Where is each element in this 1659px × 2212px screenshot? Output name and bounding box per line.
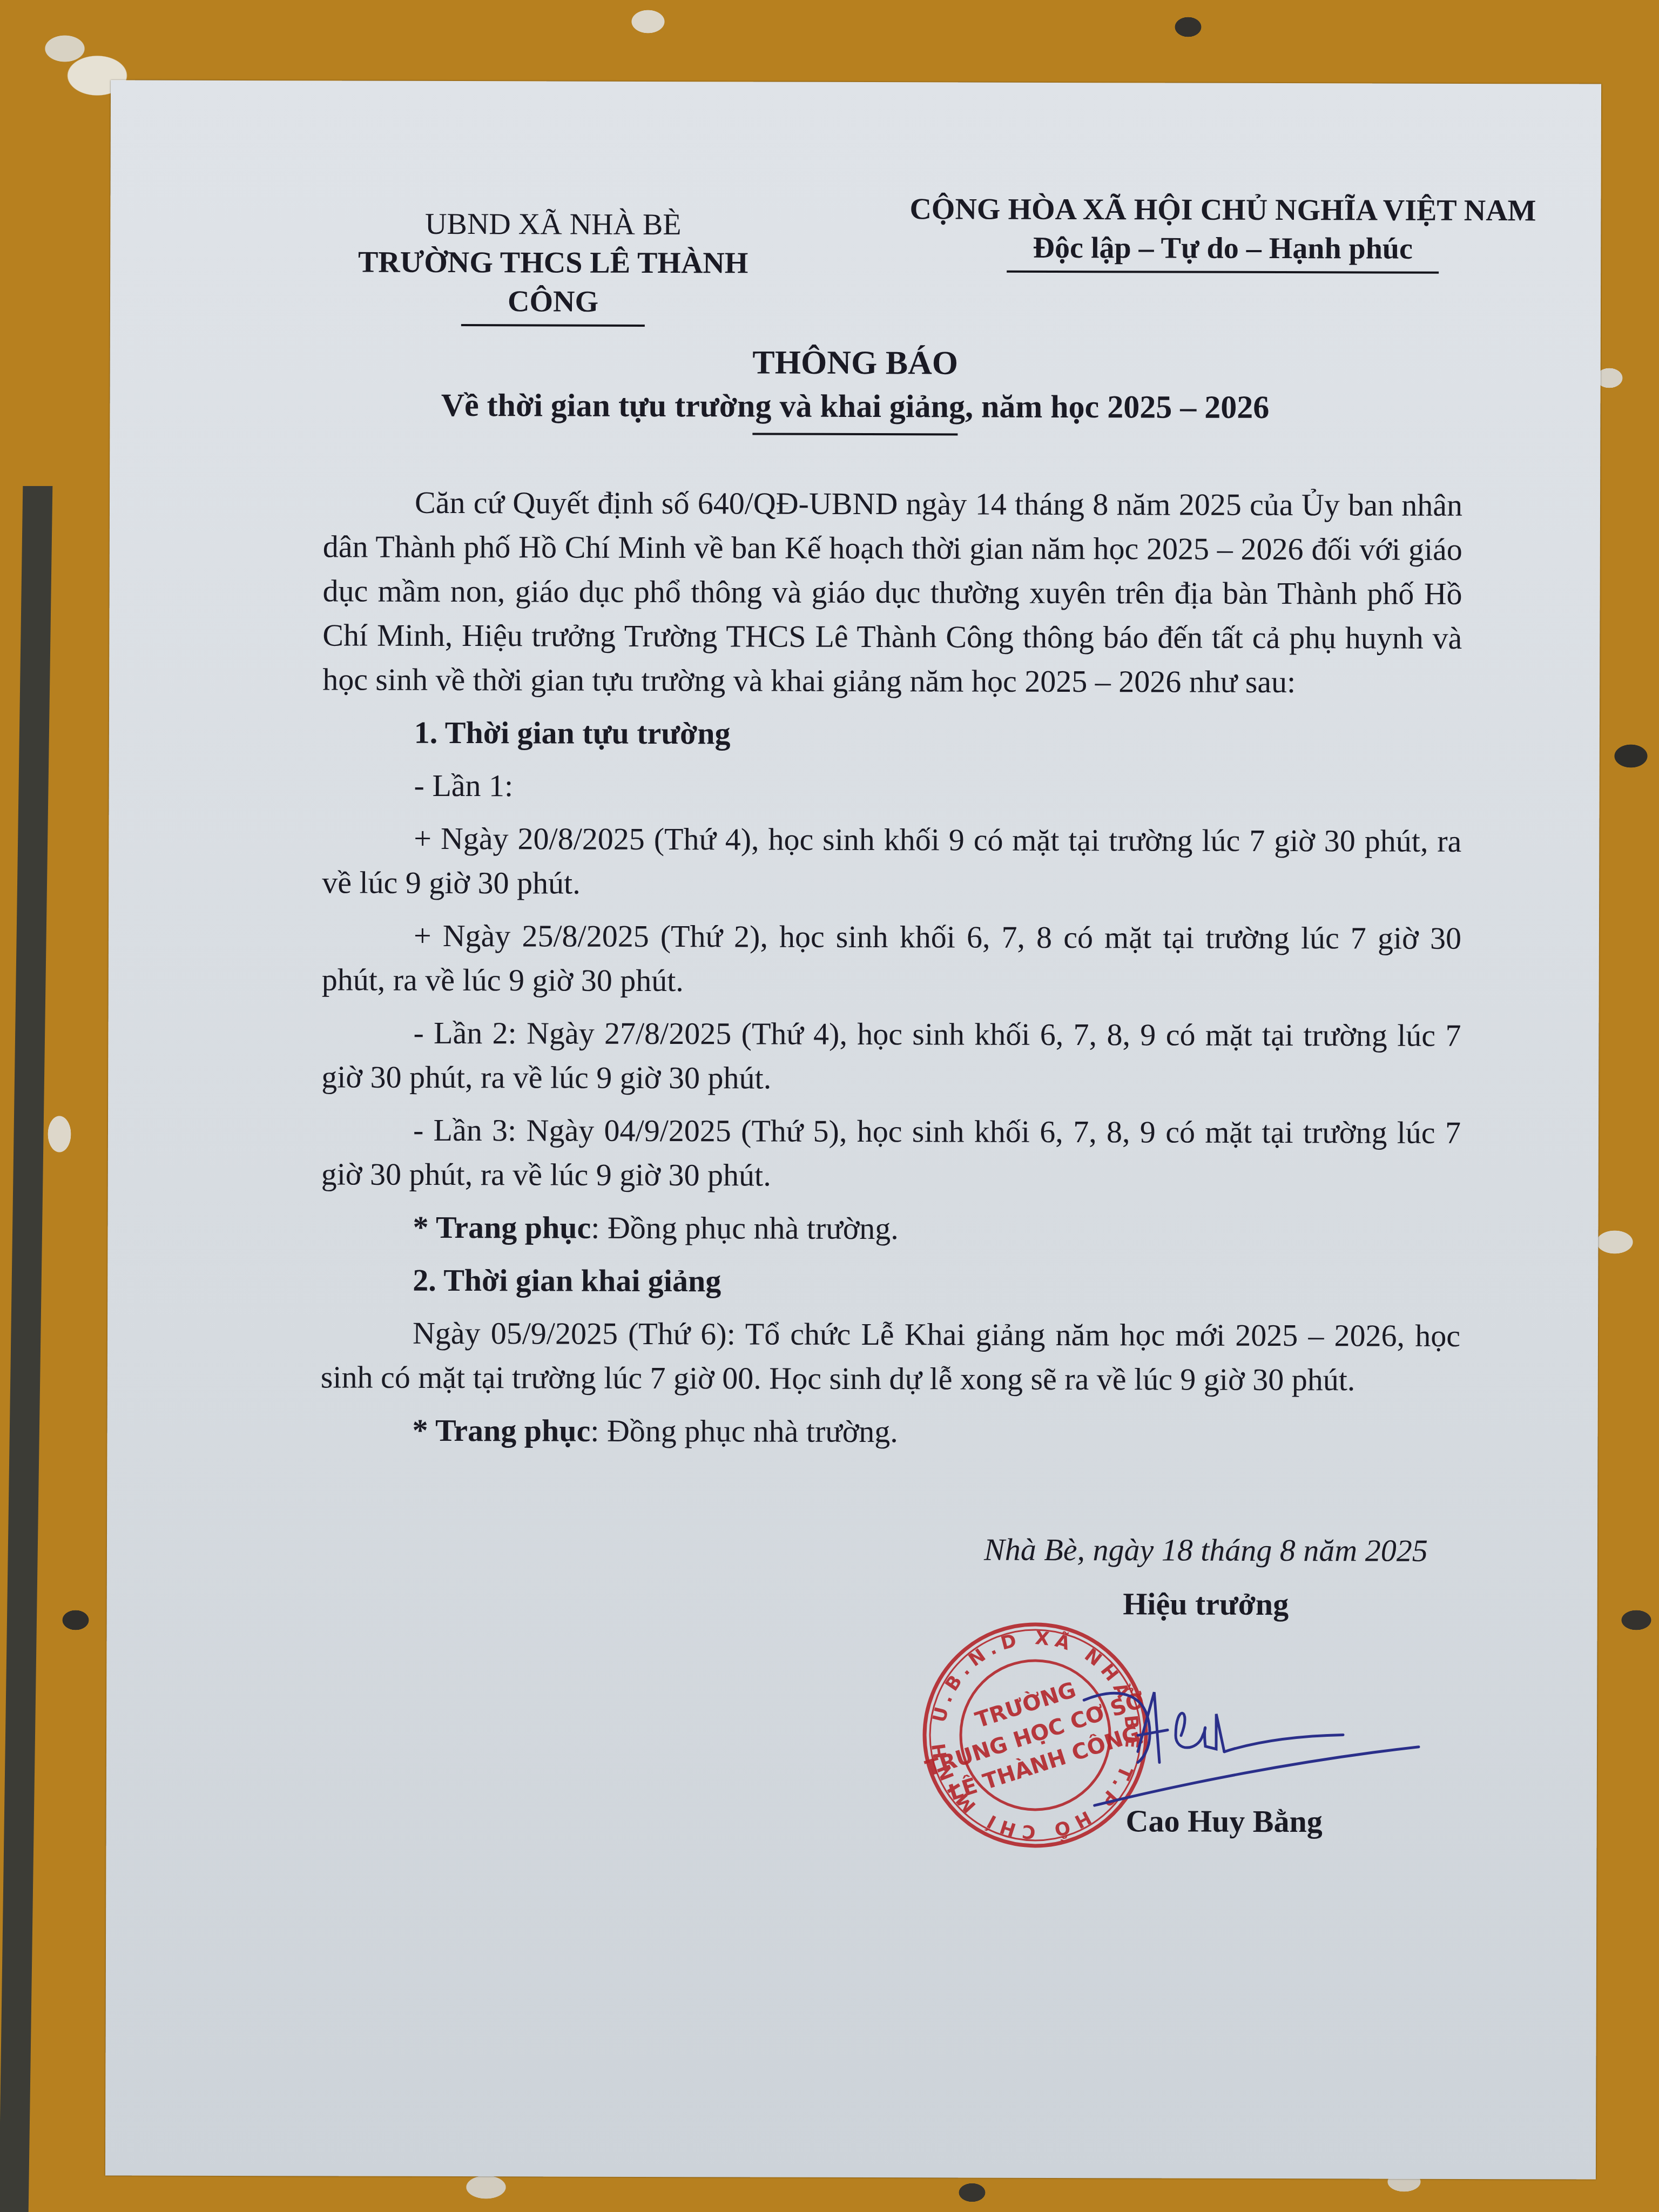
issuer-school: TRƯỜNG THCS LÊ THÀNH CÔNG [315,242,791,321]
place-date: Nhà Bè, ngày 18 tháng 8 năm 2025 [895,1525,1516,1575]
notice-title-block: THÔNG BÁO Về thời gian tựu trường và kha… [110,339,1600,437]
section2-heading: 2. Thời gian khai giảng [321,1258,1460,1305]
section1-dress-code: * Trang phục: Đồng phục nhà trường. [321,1205,1460,1252]
title-underline [752,433,957,436]
dress-value: : Đồng phục nhà trường. [591,1210,899,1246]
notice-subtitle: Về thời gian tựu trường và khai giảng, n… [110,382,1600,429]
section2-dress-code: * Trang phục: Đồng phục nhà trường. [320,1408,1460,1455]
national-header: CỘNG HÒA XÃ HỘI CHỦ NGHĨA VIỆT NAM Độc l… [866,190,1579,274]
schedule-item: + Ngày 20/8/2025 (Thứ 4), học sinh khối … [322,816,1461,908]
dress-label: * Trang phục [413,1210,591,1245]
motto-underline [1007,271,1439,274]
handwritten-signature [1073,1670,1430,1812]
section1-heading: 1. Thời gian tựu trường [322,710,1462,758]
notice-paper: UBND XÃ NHÀ BÈ TRƯỜNG THCS LÊ THÀNH CÔNG… [105,80,1601,2179]
notice-title: THÔNG BÁO [110,339,1601,386]
floor-background-strip [0,486,52,2212]
issuer-underline [461,324,645,327]
schedule-item: - Lần 2: Ngày 27/8/2025 (Thứ 4), học sin… [321,1010,1461,1102]
signature-block: Nhà Bè, ngày 18 tháng 8 năm 2025 Hiệu tr… [895,1525,1516,1629]
intro-paragraph: Căn cứ Quyết định số 640/QĐ-UBND ngày 14… [322,480,1462,705]
schedule-item: - Lần 3: Ngày 04/9/2025 (Thứ 5), học sin… [321,1108,1461,1199]
opening-ceremony-text: Ngày 05/9/2025 (Thứ 6): Tổ chức Lễ Khai … [321,1311,1460,1402]
dress-value: : Đồng phục nhà trường. [590,1413,898,1449]
notice-body: Căn cứ Quyết định số 640/QĐ-UBND ngày 14… [320,480,1462,1464]
lan1-label: - Lần 1: [322,763,1462,811]
signer-name: Cao Huy Bằng [1062,1803,1386,1840]
schedule-item: + Ngày 25/8/2025 (Thứ 2), học sinh khối … [322,913,1461,1005]
national-title: CỘNG HÒA XÃ HỘI CHỦ NGHĨA VIỆT NAM [866,190,1579,230]
issuer-header: UBND XÃ NHÀ BÈ TRƯỜNG THCS LÊ THÀNH CÔNG [315,205,791,327]
issuer-authority: UBND XÃ NHÀ BÈ [315,205,791,244]
dress-label: * Trang phục [412,1413,590,1448]
national-motto: Độc lập – Tự do – Hạnh phúc [866,228,1579,268]
